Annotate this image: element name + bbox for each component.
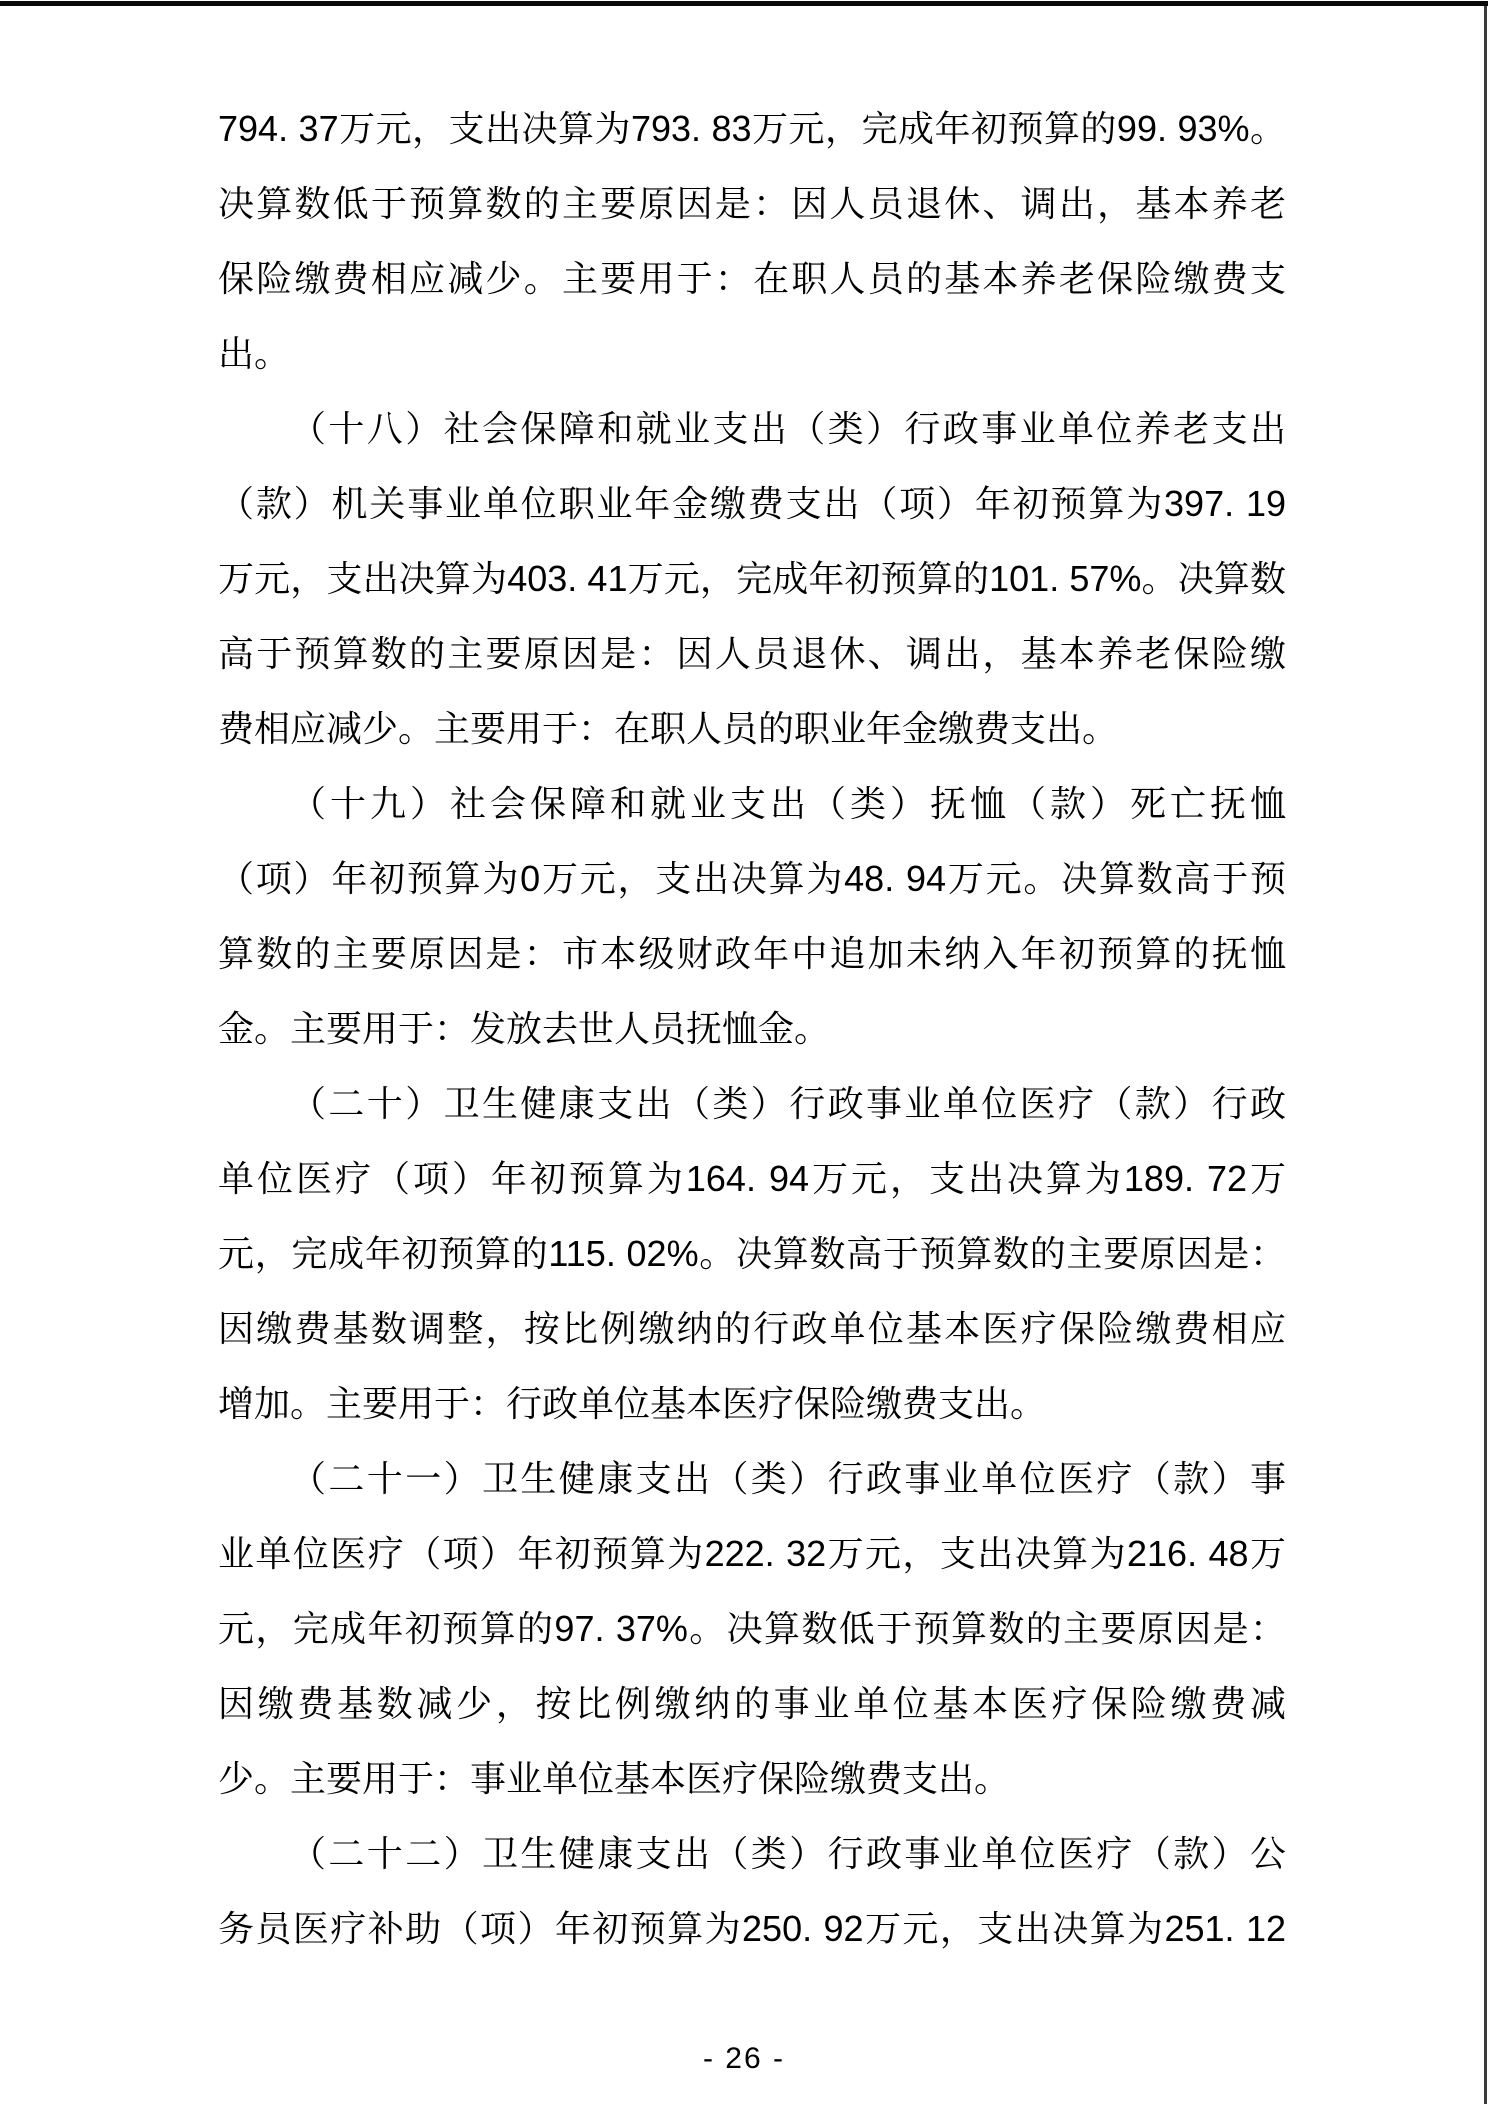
- document-line: 794. 37万元，支出决算为793. 83万元，完成年初预算的99. 93%。: [218, 91, 1286, 166]
- document-line: （二十）卫生健康支出（类）行政事业单位医疗（款）行政: [218, 1066, 1286, 1141]
- document-line: 决算数低于预算数的主要原因是：因人员退休、调出，基本养老: [218, 166, 1286, 241]
- document-line: 少。主要用于：事业单位基本医疗保险缴费支出。: [218, 1741, 1286, 1816]
- document-line: 务员医疗补助（项）年初预算为250. 92万元，支出决算为251. 12: [218, 1891, 1286, 1966]
- document-page: 794. 37万元，支出决算为793. 83万元，完成年初预算的99. 93%。…: [0, 0, 1488, 2104]
- document-line: 单位医疗（项）年初预算为164. 94万元，支出决算为189. 72万: [218, 1141, 1286, 1216]
- document-line: 因缴费基数调整，按比例缴纳的行政单位基本医疗保险缴费相应: [218, 1291, 1286, 1366]
- scan-top-edge-bar: [0, 1, 1488, 6]
- document-line: （二十一）卫生健康支出（类）行政事业单位医疗（款）事: [218, 1441, 1286, 1516]
- document-line: （项）年初预算为0万元，支出决算为48. 94万元。决算数高于预: [218, 841, 1286, 916]
- document-line: 万元，支出决算为403. 41万元，完成年初预算的101. 57%。决算数: [218, 541, 1286, 616]
- page-footer: - 26 -: [0, 2038, 1488, 2080]
- document-line: 费相应减少。主要用于：在职人员的职业年金缴费支出。: [218, 691, 1286, 766]
- document-line: 元，完成年初预算的115. 02%。决算数高于预算数的主要原因是：: [218, 1216, 1286, 1291]
- document-line: （十八）社会保障和就业支出（类）行政事业单位养老支出: [218, 391, 1286, 466]
- document-line: 保险缴费相应减少。主要用于：在职人员的基本养老保险缴费支: [218, 241, 1286, 316]
- document-line: 出。: [218, 316, 1286, 391]
- page-number: - 26 -: [703, 2042, 785, 2075]
- document-line: 增加。主要用于：行政单位基本医疗保险缴费支出。: [218, 1366, 1286, 1441]
- document-line: （十九）社会保障和就业支出（类）抚恤（款）死亡抚恤: [218, 766, 1286, 841]
- document-line: 因缴费基数减少，按比例缴纳的事业单位基本医疗保险缴费减: [218, 1666, 1286, 1741]
- document-line: 金。主要用于：发放去世人员抚恤金。: [218, 991, 1286, 1066]
- scan-right-edge-line: [1484, 6, 1487, 2104]
- document-line: （款）机关事业单位职业年金缴费支出（项）年初预算为397. 19: [218, 466, 1286, 541]
- document-line: 算数的主要原因是：市本级财政年中追加未纳入年初预算的抚恤: [218, 916, 1286, 991]
- document-line: 高于预算数的主要原因是：因人员退休、调出，基本养老保险缴: [218, 616, 1286, 691]
- document-line: 元，完成年初预算的97. 37%。决算数低于预算数的主要原因是：: [218, 1591, 1286, 1666]
- document-line: 业单位医疗（项）年初预算为222. 32万元，支出决算为216. 48万: [218, 1516, 1286, 1591]
- document-line: （二十二）卫生健康支出（类）行政事业单位医疗（款）公: [218, 1816, 1286, 1891]
- document-body: 794. 37万元，支出决算为793. 83万元，完成年初预算的99. 93%。…: [218, 91, 1286, 1966]
